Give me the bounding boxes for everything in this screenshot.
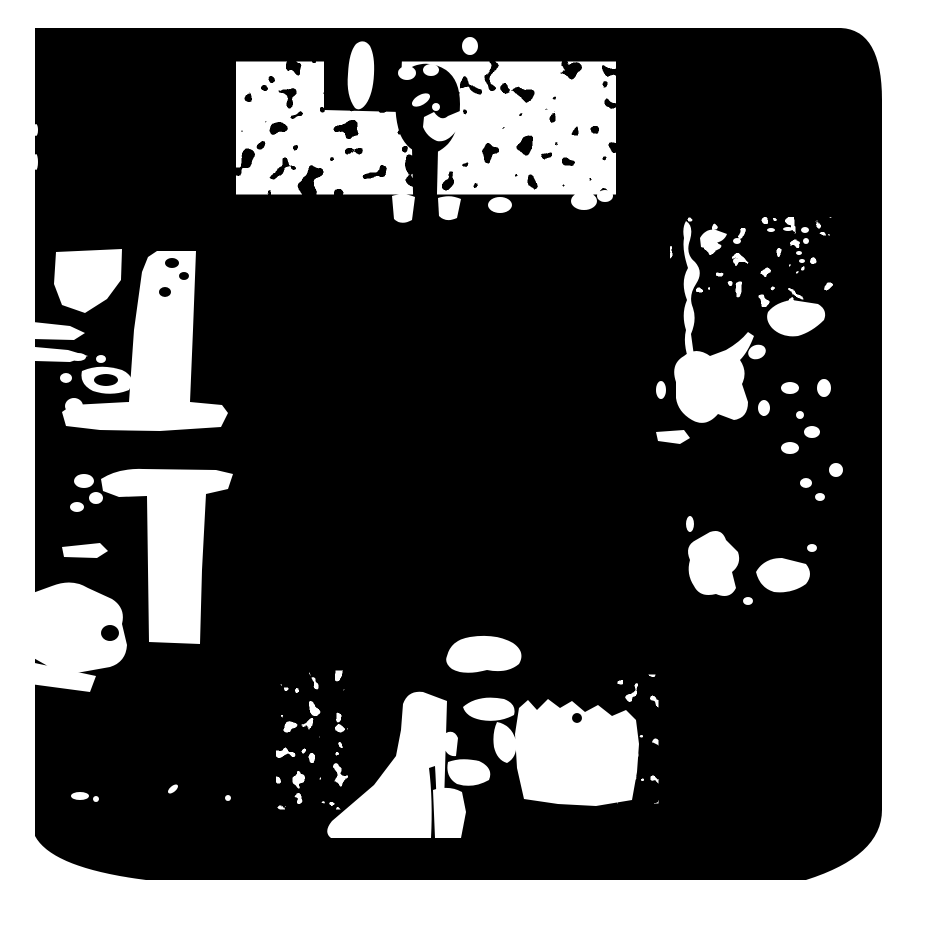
figure-eye-right	[432, 103, 440, 111]
floor-speck	[225, 795, 231, 801]
speck-dot	[783, 227, 793, 231]
speck-dot	[803, 238, 809, 244]
figure-stem	[412, 148, 438, 236]
band-fringe-blob	[488, 197, 512, 213]
s-blob	[74, 474, 94, 488]
swirl-petal	[781, 442, 799, 454]
band-bit-over-head	[423, 64, 439, 76]
card-left-edge-notch	[34, 154, 38, 170]
speck-dot	[801, 227, 809, 233]
cluster-dot	[60, 373, 72, 383]
left-speckle-strip	[277, 672, 347, 808]
swirl-petal	[817, 379, 831, 397]
below-ring-blob	[433, 788, 466, 838]
swirl-petal	[804, 426, 820, 438]
band-fringe-blob	[597, 190, 613, 202]
cluster-dash	[70, 353, 86, 361]
speck-dot	[767, 228, 775, 232]
s-blob	[89, 492, 103, 504]
cluster-dot	[65, 398, 83, 414]
card-left-edge-notch	[34, 124, 38, 136]
floor-speck	[71, 792, 89, 800]
scene-root	[30, 28, 882, 880]
mid-dot	[829, 463, 843, 477]
blob-pinhole	[572, 713, 582, 723]
band-overshoot-blob	[462, 37, 478, 55]
cluster-dot	[76, 413, 88, 421]
band-bit-over-head	[398, 66, 416, 80]
swirl-petal	[781, 382, 799, 394]
speck-dot	[733, 258, 739, 264]
panel-edge-bit	[656, 381, 666, 399]
big-blob-hole	[101, 625, 119, 641]
speck-dot	[796, 251, 802, 255]
mid-dot	[815, 493, 825, 501]
bottom-cluster-bit	[807, 544, 817, 552]
panel-speckle-texture	[672, 218, 834, 306]
bottom-cluster-bit	[743, 597, 753, 605]
pillar-hole	[179, 272, 189, 280]
pillar-hole	[165, 258, 179, 268]
mid-dot	[800, 478, 812, 488]
band-fringe-blob	[571, 192, 597, 210]
swirl-center-dot	[796, 411, 804, 419]
swirl-petal	[758, 400, 770, 416]
speck-dot	[799, 259, 805, 263]
crescent-hole	[94, 374, 118, 386]
speck-dot	[733, 238, 741, 244]
binarized-photo-canvas	[0, 0, 942, 942]
speck-dot	[794, 241, 800, 245]
collar-blob-left	[392, 194, 415, 223]
pillar-hole	[159, 287, 171, 297]
s-blob	[70, 502, 84, 512]
bottom-cluster-bit	[686, 516, 694, 532]
floor-speck	[93, 796, 99, 802]
cluster-dot	[96, 355, 106, 363]
scene-svg	[0, 0, 942, 942]
